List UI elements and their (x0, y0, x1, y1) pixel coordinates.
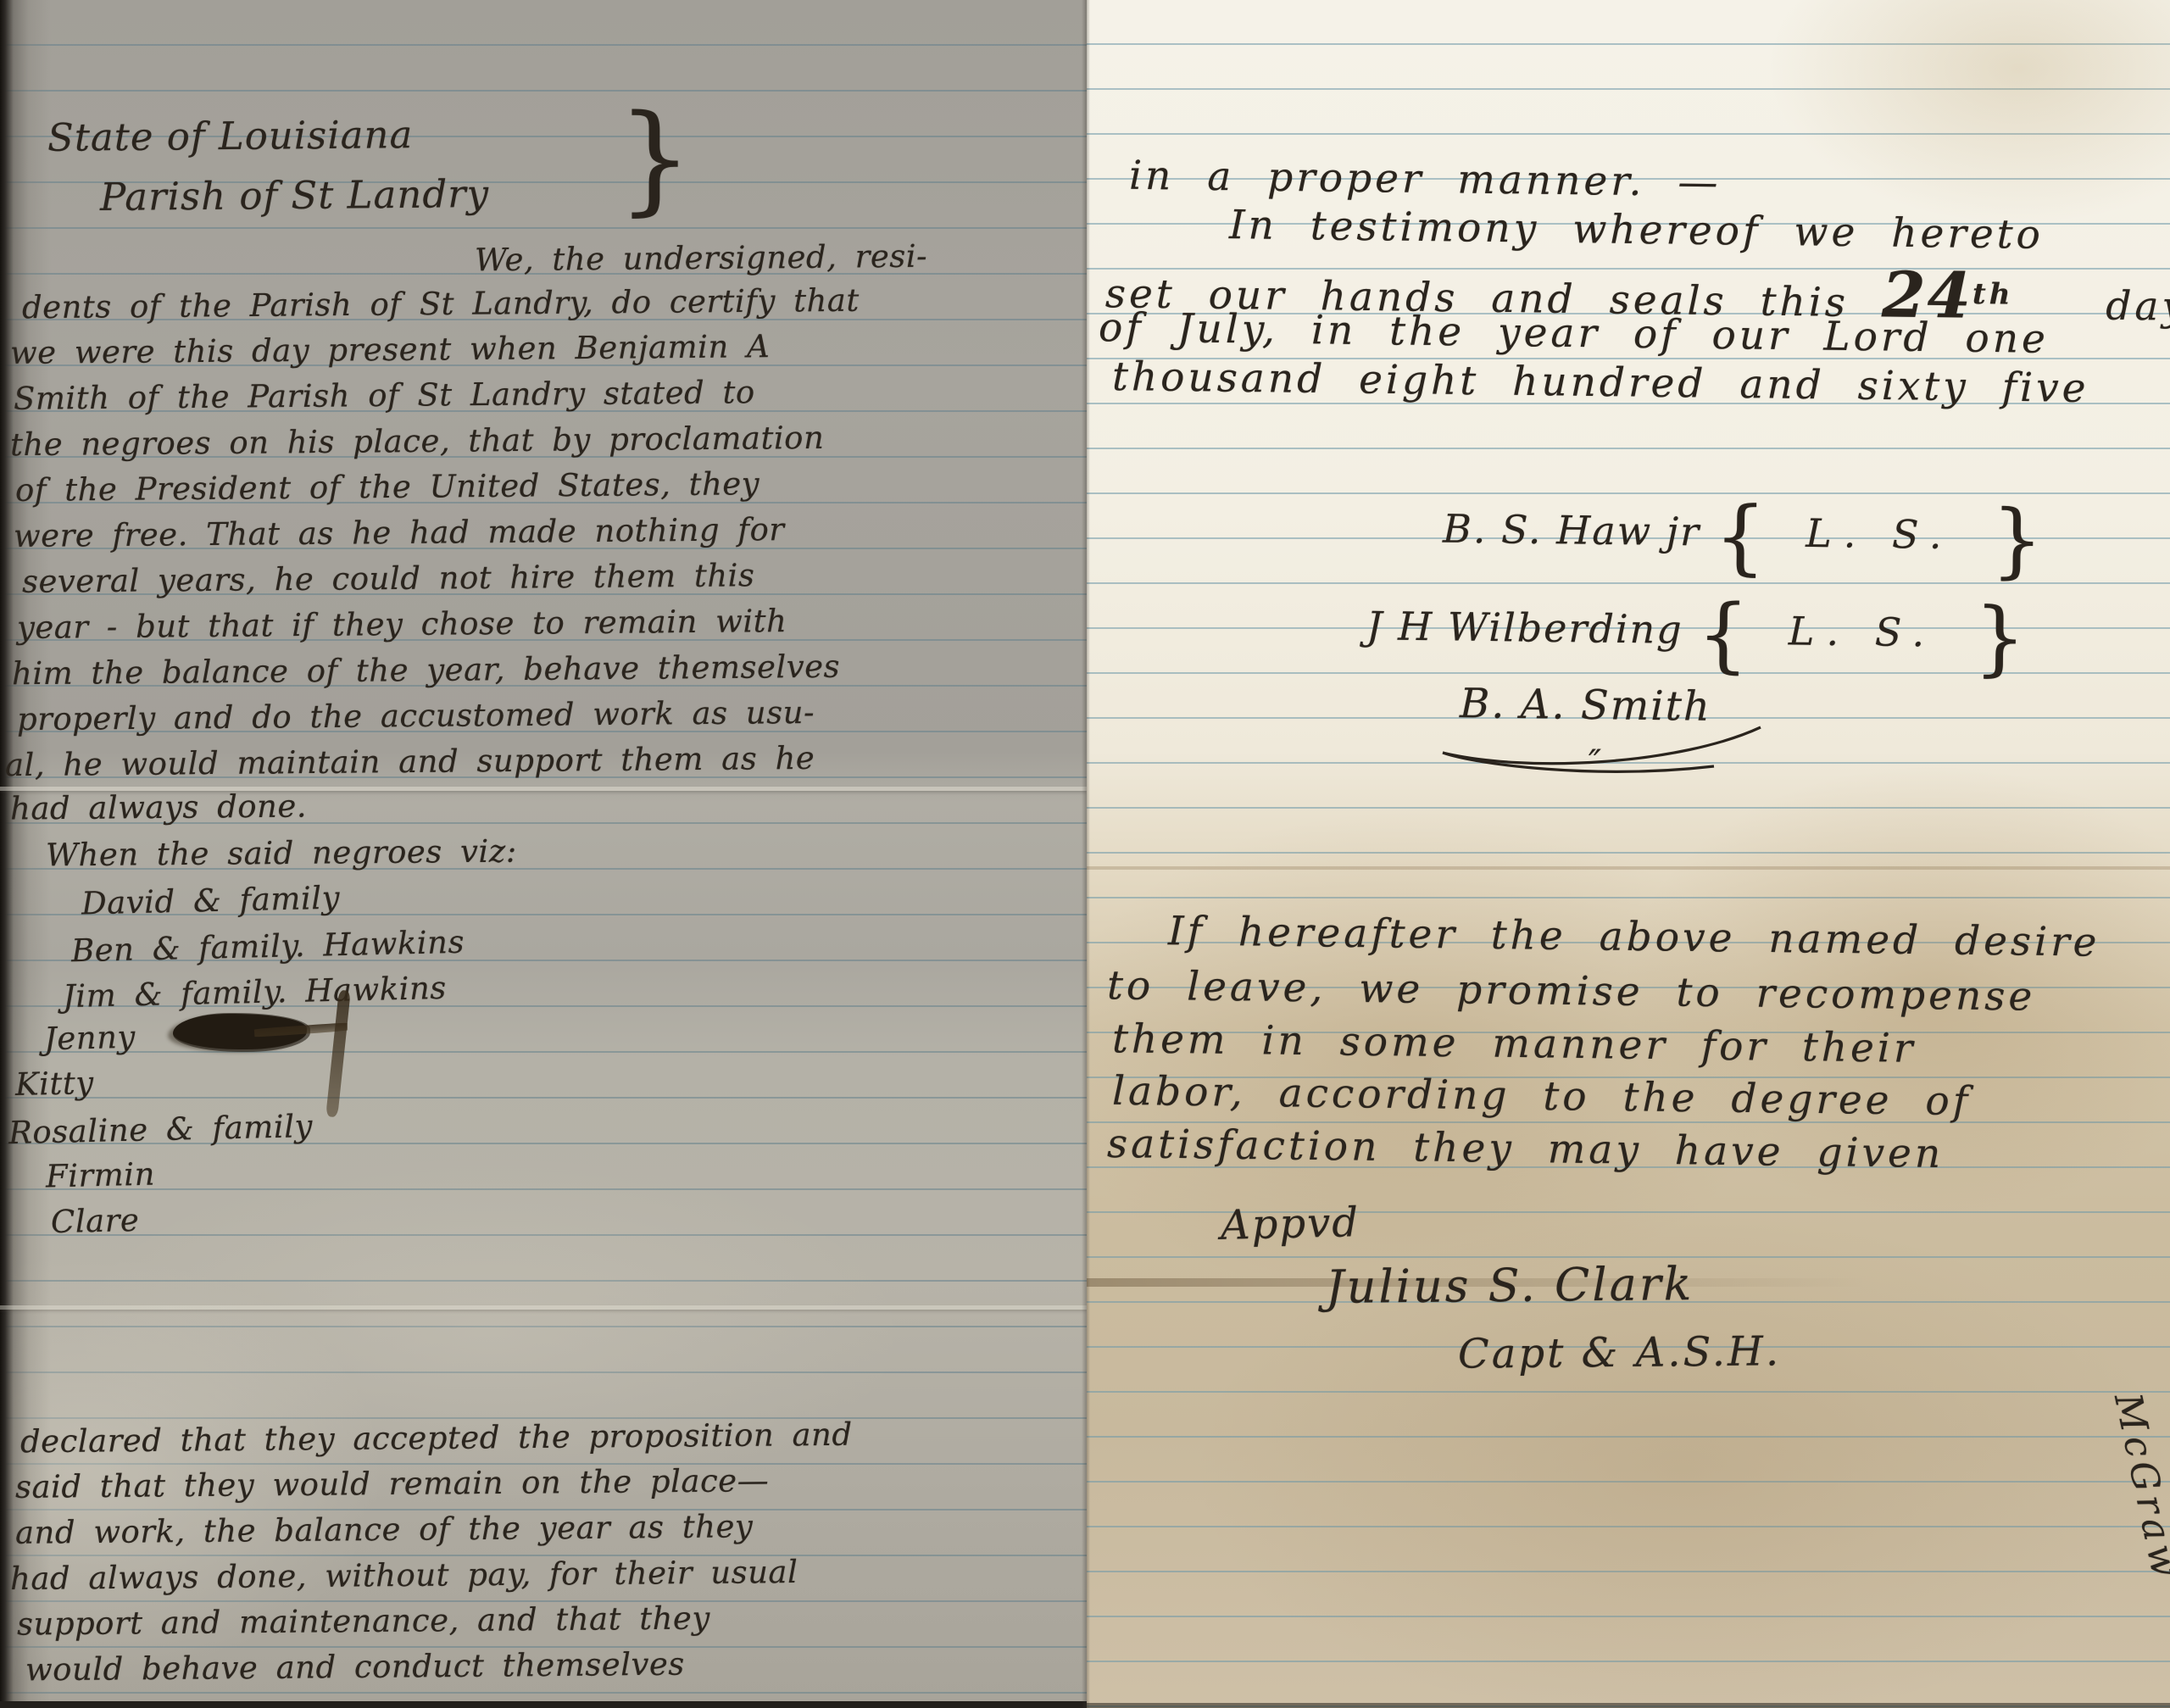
handwritten-line: and work, the balance of the year as the… (15, 1510, 754, 1549)
handwritten-line: had always done. (10, 790, 307, 824)
handwritten-line: the negroes on his place, that by procla… (10, 422, 825, 460)
handwritten-line: When the said negroes viz: (46, 836, 517, 871)
ink-smear (325, 990, 351, 1118)
name-list-item: Jenny (44, 1021, 136, 1054)
margin-note-vertical: McGraw (2108, 1390, 2170, 1585)
handwritten-line: properly and do the accustomed work as u… (17, 697, 815, 735)
signature-row: J H Wilberding { L. S. } (1366, 589, 2028, 679)
approver-signature: Julius S. Clark (1326, 1261, 1694, 1310)
handwritten-line: said that they would remain on the place… (15, 1465, 769, 1503)
page-2: in a proper manner. — In testimony where… (1087, 0, 2170, 1708)
fold-crease (1087, 866, 2170, 870)
handwritten-line: him the balance of the year, behave them… (12, 651, 840, 690)
handwritten-line: year - but that if they chose to remain … (17, 605, 787, 643)
signature-name: B. S. Haw jr (1443, 506, 1701, 555)
handwritten-line: had always done, without pay, for their … (10, 1556, 798, 1594)
name-list-item: Ben & family. Hawkins (71, 926, 465, 967)
handwritten-line: labor, according to the degree of (1112, 1071, 1972, 1121)
handwritten-line: to leave, we promise to recompense (1107, 965, 2036, 1016)
handwritten-line: In testimony whereof we hereto (1229, 205, 2044, 255)
handwritten-line: several years, he could not hire them th… (22, 559, 755, 598)
name-list-item: Clare (51, 1205, 140, 1238)
handwritten-line: were free. That as he had made nothing f… (14, 514, 785, 552)
handwritten-line: If hereafter the above named desire (1168, 911, 2100, 962)
seal-label: L. S. (1789, 608, 1937, 655)
page-seam (1082, 0, 1090, 1708)
handwritten-line: would behave and conduct themselves (25, 1649, 685, 1686)
name-list-item: Jim & family. Hawkins (63, 972, 448, 1012)
name-list-item: Kitty (15, 1067, 94, 1100)
handwritten-line: of the President of the United States, t… (15, 468, 759, 506)
handwritten-line: Smith of the Parish of St Landry stated … (14, 376, 755, 414)
handwritten-line: thousand eight hundred and sixty five (1112, 357, 2089, 409)
seal-label: L. S. (1806, 510, 1954, 558)
ditto-mark: ″ (1589, 746, 1601, 780)
day-suffix: th (1972, 277, 2014, 312)
handwritten-line: We, the undersigned, resi- (475, 241, 927, 276)
handwritten-line: of July, in the year of our Lord one (1099, 308, 2049, 359)
scanned-letter: State of Louisiana Parish of St Landry }… (0, 0, 2170, 1708)
handwritten-line: dents of the Parish of St Landry, do cer… (22, 285, 860, 324)
handwritten-line: declared that they accepted the proposit… (20, 1419, 853, 1458)
seal-brace-close: } (1990, 492, 2045, 588)
approver-title: Capt & A.S.H. (1458, 1331, 1781, 1374)
heading-brace: } (617, 100, 693, 219)
seal-brace-open: { (1714, 489, 1768, 585)
handwritten-line: them in some manner for their (1112, 1019, 1917, 1069)
name-list-item: Rosaline & family (8, 1110, 314, 1149)
seal-brace-open: { (1697, 587, 1751, 682)
approval-stamp-line: Appvd (1220, 1202, 1360, 1246)
handwritten-line: al, he would maintain and support them a… (5, 743, 815, 781)
handwritten-line: in a proper manner. — (1129, 156, 1722, 203)
fold-crease (0, 1305, 1087, 1310)
handwritten-line: satisfaction they may have given (1107, 1124, 1945, 1174)
seal-brace-close: } (1973, 590, 2028, 686)
signature-flourish (1426, 720, 1782, 780)
date-line-after: day (2106, 283, 2170, 331)
signature-name: J H Wilberding (1366, 603, 1683, 653)
signature-row: B. S. Haw jr { L. S. } (1442, 492, 2045, 581)
name-list-item: David & family (81, 882, 341, 920)
handwritten-line: support and maintenance, and that they (17, 1602, 710, 1639)
handwritten-line: State of Louisiana (47, 115, 414, 157)
handwritten-line: Parish of St Landry (100, 175, 489, 216)
handwritten-line: we were this day present when Benjamin A (10, 331, 771, 369)
name-list-item: Firmin (46, 1159, 156, 1193)
page-1: State of Louisiana Parish of St Landry }… (0, 0, 1087, 1708)
